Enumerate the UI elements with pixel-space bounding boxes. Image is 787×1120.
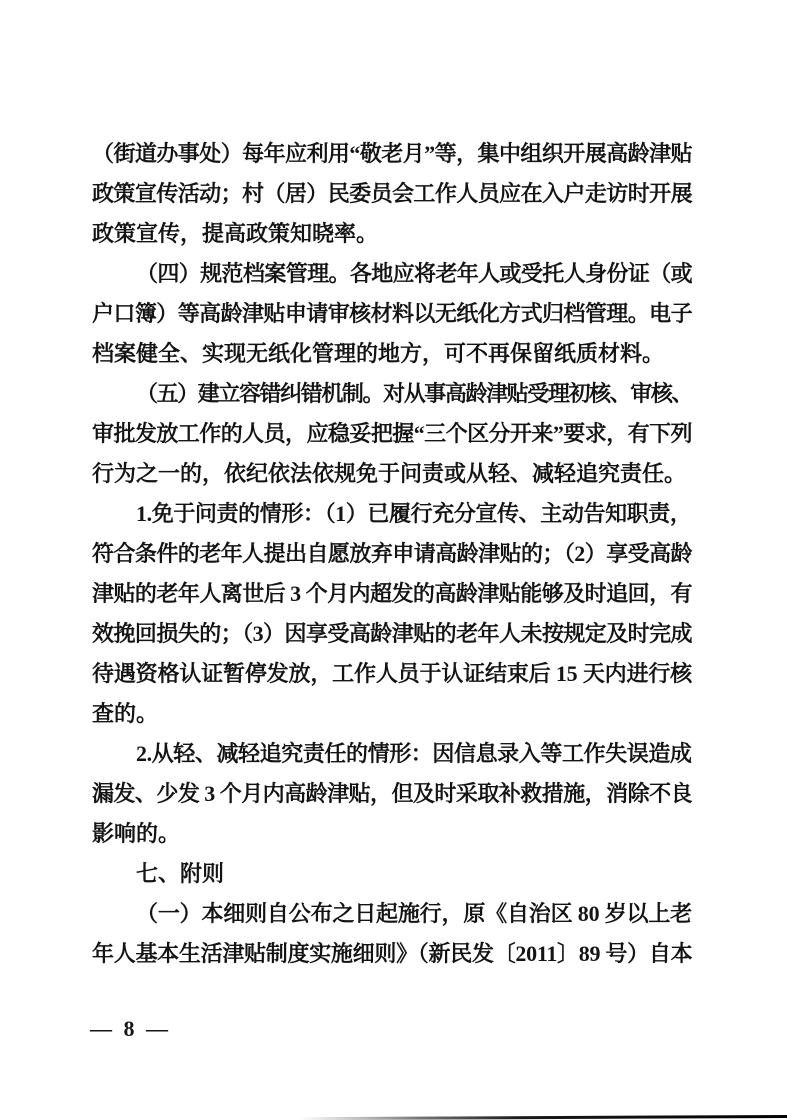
text-line: 行为之一的，依纪依法依规免于问责或从轻、减轻追究责任。 (92, 454, 692, 494)
text-line: 2.从轻、减轻追究责任的情形：因信息录入等工作失误造成 (92, 734, 692, 774)
text-line: 1.免于问责的情形：（1）已履行充分宣传、主动告知职责， (92, 494, 692, 534)
text-line: 政策宣传活动；村（居）民委员会工作人员应在入户走访时开展 (92, 174, 692, 214)
text-line: 待遇资格认证暂停发放，工作人员于认证结束后 15 天内进行核 (92, 654, 692, 694)
text-line: 档案健全、实现无纸化管理的地方，可不再保留纸质材料。 (92, 334, 692, 374)
text-line: 户口簿）等高龄津贴申请审核材料以无纸化方式归档管理。电子 (92, 294, 692, 334)
text-line: 津贴的老年人离世后 3 个月内超发的高龄津贴能够及时追回，有 (92, 574, 692, 614)
section-heading: 七、附则 (92, 854, 692, 894)
document-body: （街道办事处）每年应利用“敬老月”等，集中组织开展高龄津贴 政策宣传活动；村（居… (92, 134, 692, 974)
text-line: 审批发放工作的人员，应稳妥把握“三个区分开来”要求，有下列 (92, 414, 692, 454)
scan-edge-artifact (300, 1115, 787, 1120)
text-line: 查的。 (92, 694, 692, 734)
text-line: （四）规范档案管理。各地应将老年人或受托人身份证（或 (92, 254, 692, 294)
text-line: （街道办事处）每年应利用“敬老月”等，集中组织开展高龄津贴 (92, 134, 692, 174)
text-line: 影响的。 (92, 814, 692, 854)
text-line: 政策宣传，提高政策知晓率。 (92, 214, 692, 254)
text-line: （一）本细则自公布之日起施行，原《自治区 80 岁以上老 (92, 894, 692, 934)
text-line: （五）建立容错纠错机制。对从事高龄津贴受理初核、审核、 (92, 374, 692, 414)
page-number: — 8 — (90, 1016, 171, 1042)
text-line: 漏发、少发 3 个月内高龄津贴，但及时采取补救措施，消除不良 (92, 774, 692, 814)
text-line: 效挽回损失的；（3）因享受高龄津贴的老年人未按规定及时完成 (92, 614, 692, 654)
text-line: 符合条件的老年人提出自愿放弃申请高龄津贴的；（2）享受高龄 (92, 534, 692, 574)
text-line: 年人基本生活津贴制度实施细则》（新民发〔2011〕89 号）自本 (92, 934, 692, 974)
scanned-document-page: （街道办事处）每年应利用“敬老月”等，集中组织开展高龄津贴 政策宣传活动；村（居… (0, 0, 787, 1120)
